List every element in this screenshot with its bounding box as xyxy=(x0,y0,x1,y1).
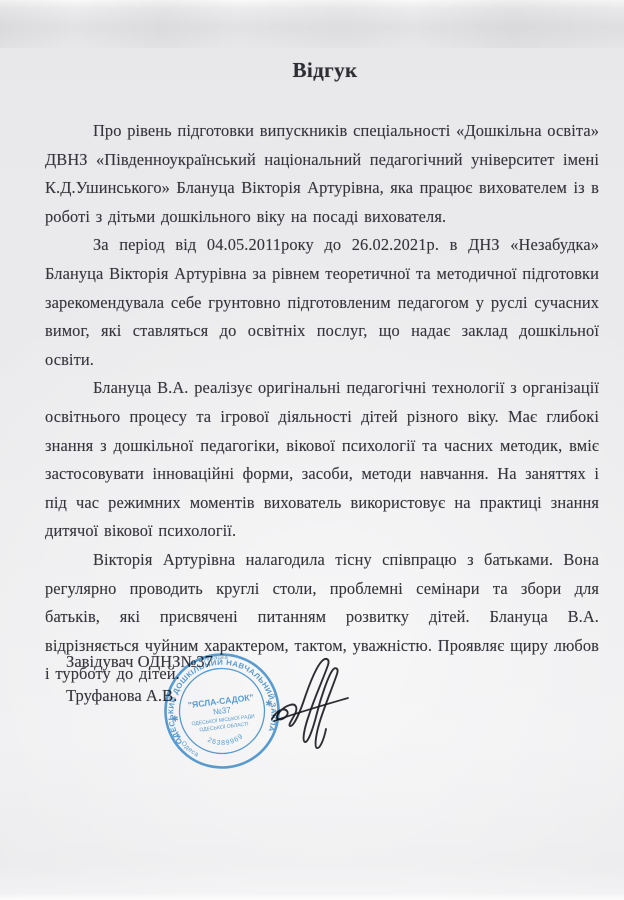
stamp-number-line: №37 xyxy=(213,705,232,716)
handwritten-signature xyxy=(262,655,357,765)
paragraph-3: Блануца В.А. реалізує оригінальні педаго… xyxy=(45,374,599,546)
star-icon-left: ✱ xyxy=(171,713,179,724)
document-title: Відгук xyxy=(13,58,624,83)
paragraph-1: Про рівень підготовки випускників спеціа… xyxy=(45,117,599,231)
document-body: Про рівень підготовки випускників спеціа… xyxy=(45,117,599,689)
scanned-document-page: Відгук Про рівень підготовки випускників… xyxy=(0,0,624,900)
stamp-registration-code: 26389969 xyxy=(206,732,246,749)
paragraph-2: За період від 04.05.2011року до 26.02.20… xyxy=(45,231,599,374)
